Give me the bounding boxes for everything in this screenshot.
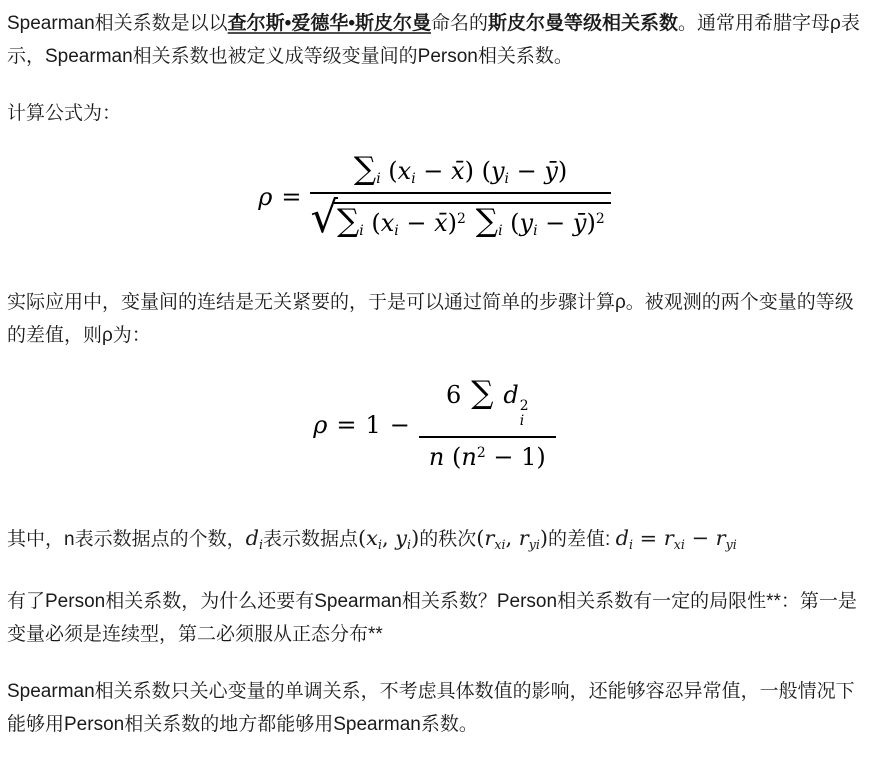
text-run: 的差值:: [548, 529, 616, 550]
math-token: −: [390, 411, 410, 439]
math-token: ): [558, 157, 567, 185]
math-token: =: [281, 183, 301, 211]
document-page: { "document": { "p1": { "t1": "Spearman相…: [0, 0, 869, 741]
text-run: Spearman相关系数是以以: [7, 13, 228, 34]
math-token: (: [474, 157, 491, 185]
rho-symbol: ρ: [258, 183, 272, 211]
math-token: 6: [446, 381, 461, 409]
formula-label: 计算公式为：: [7, 97, 862, 130]
math-token: i: [520, 414, 524, 429]
math-token: ): [465, 157, 474, 185]
text-run: 计算公式为：: [7, 103, 121, 124]
math-token: ): [448, 209, 457, 237]
math-token: y: [520, 209, 534, 237]
spearman-person-link[interactable]: 查尔斯•爱德华•斯皮尔曼: [228, 13, 431, 34]
math-token: =: [336, 411, 356, 439]
text-run: 其中，n表示数据点的个数，: [7, 529, 246, 550]
text-run: 表示数据点: [263, 529, 358, 550]
text-run: Spearman相关系数只关心变量的单调关系，不考虑具体数值的影响，还能够容忍异…: [7, 681, 855, 735]
radicand: ∑i (xi − x̄)2 ∑i (yi − ȳ)2: [334, 202, 611, 238]
math-token: (: [364, 209, 381, 237]
context-paragraph: 实际应用中，变量间的连结是无关紧要的，于是可以通过简单的步骤计算ρ。被观测的两个…: [7, 286, 862, 352]
math-token: x̄: [451, 157, 465, 185]
numerator: 6 ∑ d2i: [436, 378, 539, 436]
rho-symbol: ρ: [313, 411, 327, 439]
sum-symbol: ∑: [466, 203, 498, 239]
math-token: ): [586, 209, 595, 237]
spearman-formula: ρ=1−6 ∑ d2in (n2 − 1): [7, 378, 862, 472]
math-token: 1: [521, 443, 536, 471]
definition-paragraph: 其中，n表示数据点的个数，di表示数据点(xi, yi)的秩次(rxi, ryi…: [7, 522, 862, 561]
text-run: 实际应用中，变量间的连结是无关紧要的，于是可以通过简单的步骤计算ρ。被观测的两个…: [7, 292, 854, 346]
intro-paragraph: Spearman相关系数是以以查尔斯•爱德华•斯皮尔曼命名的斯皮尔曼等级相关系数…: [7, 7, 862, 73]
fraction: ∑i (xi − x̄) (yi − ȳ)√∑i (xi − x̄)2 ∑i (…: [310, 154, 610, 240]
sum-symbol: ∑: [461, 375, 503, 411]
inline-math: di = rxi − ryi: [616, 526, 737, 550]
math-token: −: [416, 157, 451, 185]
inline-math: (xi, yi): [358, 526, 419, 550]
fraction: 6 ∑ d2in (n2 − 1): [419, 378, 556, 472]
math-token: x̄: [434, 209, 448, 237]
text-run: 。: [678, 13, 697, 34]
math-token: ȳ: [573, 209, 587, 237]
sum-symbol: ∑: [354, 151, 376, 187]
math-token: n: [429, 443, 444, 471]
math-token: x: [398, 157, 412, 185]
math-token: y: [491, 157, 505, 185]
limitation-paragraph: 有了Person相关系数，为什么还要有Spearman相关系数？Person相关…: [7, 585, 862, 651]
numerator: ∑i (xi − x̄) (yi − ȳ): [344, 154, 577, 192]
math-token: ): [536, 443, 545, 471]
math-token: x: [381, 209, 395, 237]
inline-math: (rxi, ryi): [476, 526, 548, 550]
math-token: (: [381, 157, 398, 185]
denominator: √∑i (xi − x̄)2 ∑i (yi − ȳ)2: [310, 192, 610, 240]
math-token: (: [503, 209, 520, 237]
math-token: −: [399, 209, 434, 237]
math-token: 2: [596, 211, 605, 227]
inline-math: di: [246, 526, 263, 550]
denominator: n (n2 − 1): [419, 436, 556, 472]
text-run: 有了Person相关系数，为什么还要有Spearman相关系数？Person相关…: [7, 591, 857, 645]
math-token: (: [444, 443, 461, 471]
sub-sup-stack: 2i: [520, 399, 529, 430]
math-token: 2: [457, 211, 466, 227]
math-token: 1: [366, 411, 381, 439]
math-token: ȳ: [544, 157, 558, 185]
bold-term: 斯皮尔曼等级相关系数: [488, 13, 678, 34]
text-run: 的秩次: [419, 529, 476, 550]
math-token: −: [486, 443, 521, 471]
math-token: n: [461, 443, 476, 471]
math-token: −: [538, 209, 573, 237]
sum-symbol: ∑: [337, 203, 359, 239]
math-token: −: [509, 157, 544, 185]
conclusion-paragraph: Spearman相关系数只关心变量的单调关系，不考虑具体数值的影响，还能够容忍异…: [7, 675, 862, 741]
article: Spearman相关系数是以以查尔斯•爱德华•斯皮尔曼命名的斯皮尔曼等级相关系数…: [7, 7, 862, 741]
text-run: 命名的: [431, 13, 488, 34]
math-token: d: [503, 381, 518, 409]
math-token: 2: [520, 399, 529, 414]
pearson-formula: ρ=∑i (xi − x̄) (yi − ȳ)√∑i (xi − x̄)2 ∑i…: [7, 154, 862, 240]
math-token: 2: [477, 445, 486, 461]
